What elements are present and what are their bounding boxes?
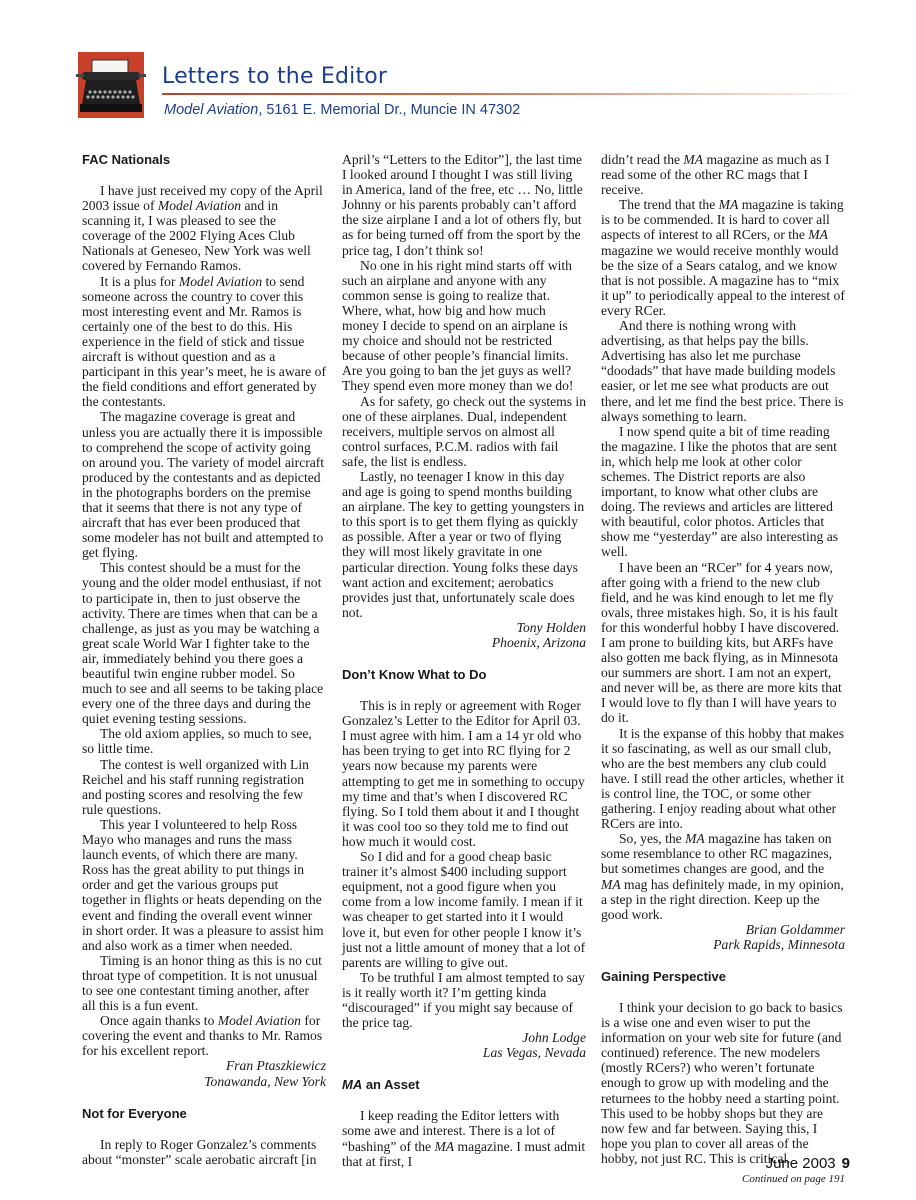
signature-place: Las Vegas, Nevada xyxy=(342,1045,586,1060)
letter-paragraph: This is in reply or agreement with Roger… xyxy=(342,698,586,849)
letter-paragraph: The contest is well organized with Lin R… xyxy=(82,757,326,817)
letter-paragraph: The trend that the MA magazine is taking… xyxy=(601,197,845,318)
issue-date: June 2003 xyxy=(766,1155,836,1172)
letter-paragraph: I have just received my copy of the Apri… xyxy=(82,183,326,274)
column-2: April’s “Letters to the Editor”], the la… xyxy=(342,152,586,1169)
magazine-name: Model Aviation xyxy=(164,102,258,118)
signature-name: Tony Holden xyxy=(342,620,586,635)
continued-note: Continued on page 191 xyxy=(601,1172,845,1187)
typewriter-icon xyxy=(78,52,144,118)
signature-name: Brian Goldammer xyxy=(601,922,845,937)
letter-paragraph: Timing is an honor thing as this is no c… xyxy=(82,953,326,1013)
page-title: Letters to the Editor xyxy=(162,64,387,89)
letter-heading: Gaining Perspective xyxy=(601,969,845,985)
letter-paragraph: The old axiom applies, so much to see, s… xyxy=(82,726,326,756)
letter-paragraph: So I did and for a good cheap basic trai… xyxy=(342,849,586,970)
letter-paragraph: To be truthful I am almost tempted to sa… xyxy=(342,970,586,1030)
letter-paragraph: It is a plus for Model Aviation to send … xyxy=(82,274,326,410)
signature-name: John Lodge xyxy=(342,1030,586,1045)
letter-paragraph: So, yes, the MA magazine has taken on so… xyxy=(601,831,845,922)
letter-heading: FAC Nationals xyxy=(82,152,326,168)
page-folio: June 20039 xyxy=(766,1155,850,1172)
letter-paragraph: I think your decision to go back to basi… xyxy=(601,1000,845,1166)
letter-paragraph: This year I volunteered to help Ross May… xyxy=(82,817,326,953)
page-number: 9 xyxy=(842,1155,850,1172)
letter-paragraph: The magazine coverage is great and unles… xyxy=(82,409,326,560)
letter-paragraph: This contest should be a must for the yo… xyxy=(82,560,326,726)
letter-paragraph: As for safety, go check out the systems … xyxy=(342,394,586,469)
letter-paragraph: Once again thanks to Model Aviation for … xyxy=(82,1013,326,1058)
letter-paragraph: In reply to Roger Gonzalez’s comments ab… xyxy=(82,1137,326,1167)
title-divider xyxy=(162,93,862,95)
letter-paragraph: Lastly, no teenager I know in this day a… xyxy=(342,469,586,620)
signature-place: Park Rapids, Minnesota xyxy=(601,937,845,952)
letter-paragraph: I have been an “RCer” for 4 years now, a… xyxy=(601,560,845,726)
letter-heading: MA an Asset xyxy=(342,1077,586,1093)
letter-paragraph: No one in his right mind starts off with… xyxy=(342,258,586,394)
letter-paragraph: I keep reading the Editor letters with s… xyxy=(342,1108,586,1168)
signature-place: Tonawanda, New York xyxy=(82,1074,326,1089)
letter-heading: Don’t Know What to Do xyxy=(342,667,586,683)
letter-heading: Not for Everyone xyxy=(82,1106,326,1122)
signature-place: Phoenix, Arizona xyxy=(342,635,586,650)
letter-paragraph: It is the expanse of this hobby that mak… xyxy=(601,726,845,832)
page-header: Letters to the Editor Model Aviation, 51… xyxy=(78,52,858,122)
letter-paragraph: April’s “Letters to the Editor”], the la… xyxy=(342,152,586,258)
column-3: didn’t read the MA magazine as much as I… xyxy=(601,152,845,1187)
column-1: FAC Nationals I have just received my co… xyxy=(82,152,326,1167)
publisher-address: Model Aviation, 5161 E. Memorial Dr., Mu… xyxy=(164,102,520,118)
letter-paragraph: didn’t read the MA magazine as much as I… xyxy=(601,152,845,197)
signature-name: Fran Ptaszkiewicz xyxy=(82,1058,326,1073)
letter-paragraph: And there is nothing wrong with advertis… xyxy=(601,318,845,424)
letter-paragraph: I now spend quite a bit of time reading … xyxy=(601,424,845,560)
address-text: , 5161 E. Memorial Dr., Muncie IN 47302 xyxy=(258,102,520,118)
